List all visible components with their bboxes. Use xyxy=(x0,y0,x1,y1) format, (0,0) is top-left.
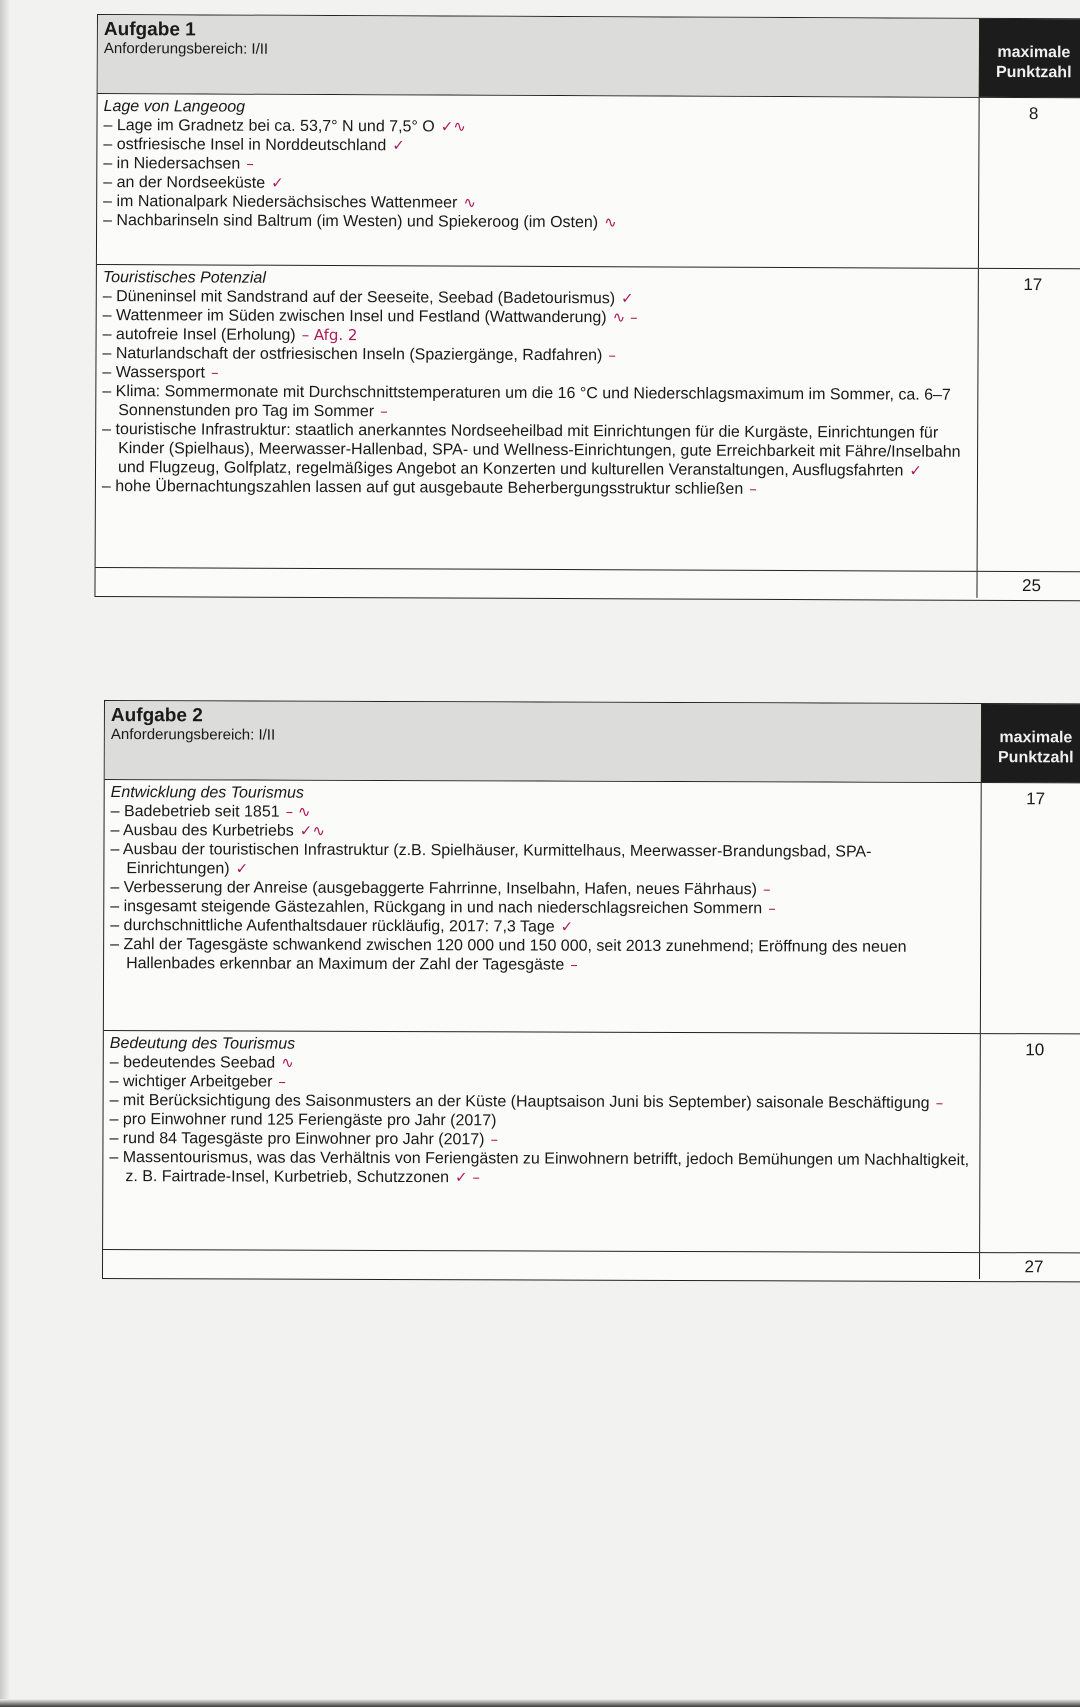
correction-mark-icon: ✓ – xyxy=(455,1168,480,1186)
task-2-section-2: Bedeutung des Tourismus bedeutendes Seeb… xyxy=(103,1031,1080,1253)
correction-mark-icon: ✓∿ xyxy=(300,822,325,840)
item-text: Düneninsel mit Sandstrand auf der Seesei… xyxy=(116,288,615,307)
item-text: autofreie Insel (Erholung) xyxy=(116,326,296,344)
correction-mark-icon: ✓ xyxy=(909,462,922,480)
item-text: Ausbau des Kurbetriebs xyxy=(123,822,294,840)
item-text: wichtiger Arbeitgeber xyxy=(123,1073,272,1091)
item-text: Verbesserung der Anreise (ausgebaggerte … xyxy=(124,879,757,898)
correction-mark-icon: ✓∿ xyxy=(441,118,466,136)
correction-mark-icon: – xyxy=(763,880,771,898)
section-points: 8 xyxy=(978,98,1080,268)
task-2-total-row: 27 xyxy=(103,1250,1080,1281)
item-text: touristische Infrastruktur: staatlich an… xyxy=(115,421,960,479)
item-text: Wattenmeer im Süden zwischen Insel und F… xyxy=(116,307,607,326)
task-1-table: Aufgabe 1 Anforderungsbereich: I/II maxi… xyxy=(94,14,1080,601)
list-item: Klima: Sommermonate mit Durchschnittstem… xyxy=(102,382,971,424)
task-1-total-row: 25 xyxy=(95,568,1080,600)
item-text: Klima: Sommermonate mit Durchschnittstem… xyxy=(116,383,951,420)
task-2-table: Aufgabe 2 Anforderungsbereich: I/II maxi… xyxy=(102,700,1080,1282)
item-text: pro Einwohner rund 125 Feriengäste pro J… xyxy=(123,1111,497,1129)
correction-mark-icon: ∿ xyxy=(604,213,617,231)
section-items: Badebetrieb seit 1851– ∿Ausbau des Kurbe… xyxy=(110,802,975,976)
task-requirement-area: Anforderungsbereich: I/II xyxy=(104,40,973,62)
correction-mark-icon: ∿ – xyxy=(613,308,638,326)
page-edge-shadow xyxy=(0,0,10,1707)
list-item: Naturlandschaft der ostfriesischen Insel… xyxy=(102,344,971,367)
list-item: touristische Infrastruktur: staatlich an… xyxy=(102,420,971,481)
item-text: ostfriesische Insel in Norddeutschland xyxy=(117,136,387,154)
section-points: 17 xyxy=(980,783,1080,1033)
task-1-section-2: Touristisches Potenzial Düneninsel mit S… xyxy=(96,265,1080,572)
correction-mark-icon: ∿ xyxy=(463,194,476,212)
task-title: Aufgabe 2 xyxy=(111,705,975,729)
item-text: in Niedersachsen xyxy=(117,155,241,173)
correction-mark-icon: – xyxy=(570,956,578,974)
correction-mark-icon: ✓ xyxy=(392,136,405,154)
task-requirement-area: Anforderungsbereich: I/II xyxy=(111,726,975,747)
section-points: 17 xyxy=(977,269,1080,571)
total-points: 25 xyxy=(976,572,1080,598)
item-text: an der Nordseeküste xyxy=(117,174,266,192)
points-header: maximale Punktzahl xyxy=(979,19,1080,97)
page-bottom-edge xyxy=(0,1699,1080,1707)
correction-mark-icon: – xyxy=(749,480,757,498)
item-text: Zahl der Tagesgäste schwankend zwischen … xyxy=(123,936,906,974)
task-2-header-cell: Aufgabe 2 Anforderungsbereich: I/II xyxy=(105,701,981,782)
item-text: hohe Übernachtungszahlen lassen auf gut … xyxy=(115,478,743,498)
correction-mark-icon: ✓ xyxy=(271,174,284,192)
section-items: Düneninsel mit Sandstrand auf der Seesei… xyxy=(102,287,972,500)
section-points: 10 xyxy=(979,1034,1080,1252)
list-item: Ausbau der touristischen Infrastruktur (… xyxy=(110,840,974,881)
correction-mark-icon: ∿ xyxy=(281,1054,294,1072)
item-text: im Nationalpark Niedersächsisches Watten… xyxy=(116,193,457,211)
item-text: rund 84 Tagesgäste pro Einwohner pro Jah… xyxy=(123,1130,485,1148)
section-items: Lage im Gradnetz bei ca. 53,7° N und 7,5… xyxy=(103,116,972,234)
item-text: Wassersport xyxy=(116,364,205,381)
correction-mark-icon: – xyxy=(490,1130,498,1148)
list-item: Massentourismus, was das Verhältnis von … xyxy=(109,1148,973,1189)
item-text: Massentourismus, was das Verhältnis von … xyxy=(123,1149,969,1186)
correction-mark-icon: – xyxy=(278,1073,286,1091)
list-item: Nachbarinseln sind Baltrum (im Westen) u… xyxy=(103,211,972,234)
correction-mark-icon: ✓ xyxy=(561,918,574,936)
correction-mark-icon: – xyxy=(211,364,219,382)
item-text: durchschnittliche Aufenthaltsdauer rückl… xyxy=(124,917,555,936)
correction-mark-icon: ✓ xyxy=(621,289,634,307)
task-1-section-1: Lage von Langeoog Lage im Gradnetz bei c… xyxy=(97,94,1080,269)
correction-mark-icon: – xyxy=(246,155,254,173)
list-item: Zahl der Tagesgäste schwankend zwischen … xyxy=(110,935,974,976)
correction-mark-icon: – xyxy=(608,346,616,364)
item-text: Naturlandschaft der ostfriesischen Insel… xyxy=(116,345,603,364)
list-item: hohe Übernachtungszahlen lassen auf gut … xyxy=(102,477,971,500)
section-items: bedeutendes Seebad∿wichtiger Arbeitgeber… xyxy=(109,1053,973,1189)
correction-mark-icon: – xyxy=(936,1094,944,1112)
item-text: bedeutendes Seebad xyxy=(123,1054,275,1072)
correction-mark-icon: – ∿ xyxy=(286,803,311,821)
correction-mark-icon: – Afg. 2 xyxy=(302,326,358,344)
task-1-header: Aufgabe 1 Anforderungsbereich: I/II maxi… xyxy=(98,15,1080,98)
correction-mark-icon: – xyxy=(768,899,776,917)
item-text: mit Berücksichtigung des Saisonmusters a… xyxy=(123,1092,930,1112)
task-2-header: Aufgabe 2 Anforderungsbereich: I/II maxi… xyxy=(105,701,1080,783)
item-text: insgesamt steigende Gästezahlen, Rückgan… xyxy=(124,898,763,917)
item-text: Badebetrieb seit 1851 xyxy=(124,803,280,821)
correction-mark-icon: ✓ xyxy=(236,859,249,877)
total-points: 27 xyxy=(979,1253,1080,1279)
task-2-section-1: Entwicklung des Tourismus Badebetrieb se… xyxy=(104,780,1080,1034)
item-text: Nachbarinseln sind Baltrum (im Westen) u… xyxy=(116,212,598,231)
correction-mark-icon: – xyxy=(380,402,388,420)
item-text: Lage im Gradnetz bei ca. 53,7° N und 7,5… xyxy=(117,117,435,135)
task-1-header-cell: Aufgabe 1 Anforderungsbereich: I/II xyxy=(98,15,979,97)
points-header: maximale Punktzahl xyxy=(981,704,1080,782)
